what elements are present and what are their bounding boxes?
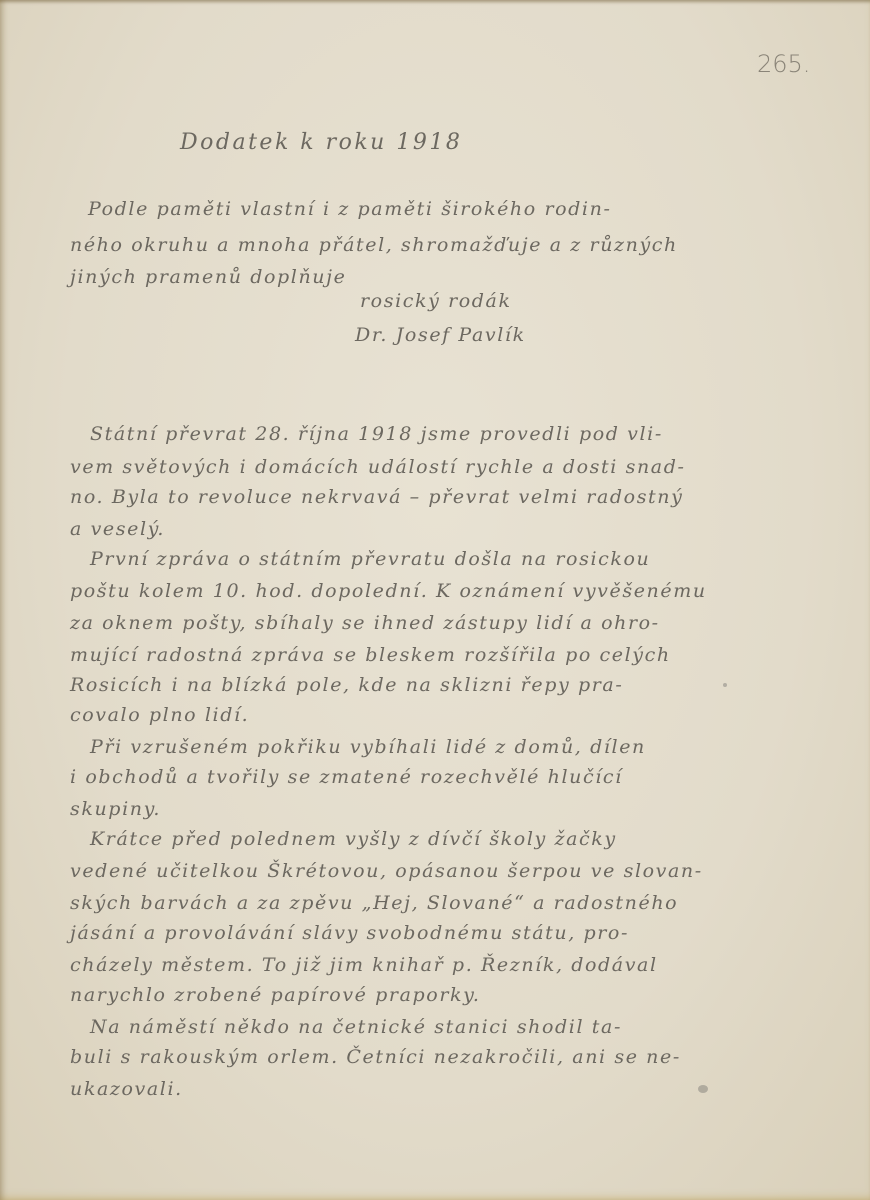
body-line: i obchodů a tvořily se zmatené rozechvěl… <box>70 768 623 787</box>
page-title: Dodatek k roku 1918 <box>180 132 462 154</box>
body-line: skupiny. <box>70 800 161 819</box>
page-number: 265. <box>757 52 810 76</box>
body-line: Státní převrat 28. října 1918 jsme prove… <box>90 425 663 444</box>
body-line: covalo plno lidí. <box>70 706 249 725</box>
body-line: poštu kolem 10. hod. dopolední. K oznáme… <box>70 582 707 601</box>
body-line: ských barvách a za zpěvu „Hej, Slované“ … <box>70 894 678 913</box>
ink-smudge <box>698 1085 708 1093</box>
body-line: Při vzrušeném pokřiku vybíhali lidé z do… <box>90 738 646 757</box>
signature-line: Dr. Josef Pavlík <box>355 326 526 345</box>
body-line: mující radostná zpráva se bleskem rozšíř… <box>70 646 671 665</box>
body-line: jásání a provolávání slávy svobodnému st… <box>70 924 629 943</box>
body-line: ukazovali. <box>70 1080 183 1099</box>
body-line: Krátce před polednem vyšly z dívčí školy… <box>90 830 617 849</box>
body-line: vem světových i domácích událostí rychle… <box>70 458 686 477</box>
body-line: narychlo zrobené papírové praporky. <box>70 986 481 1005</box>
signature-line: rosický rodák <box>360 292 512 311</box>
body-line: Rosicích i na blízká pole, kde na sklizn… <box>70 676 623 695</box>
body-line: vedené učitelkou Škrétovou, opásanou šer… <box>70 862 703 881</box>
body-line: a veselý. <box>70 520 165 539</box>
intro-line: ného okruhu a mnoha přátel, shromažďuje … <box>70 236 678 255</box>
body-line: První zpráva o státním převratu došla na… <box>90 550 650 569</box>
manuscript-page: 265. Dodatek k roku 1918 Podle paměti vl… <box>0 0 870 1200</box>
intro-line: jiných pramenů doplňuje <box>70 268 346 287</box>
body-line: cházely městem. To již jim knihař p. Řez… <box>70 956 658 975</box>
body-line: Na náměstí někdo na četnické stanici sho… <box>90 1018 622 1037</box>
intro-line: Podle paměti vlastní i z paměti širokého… <box>88 200 611 219</box>
ink-smudge <box>723 683 727 687</box>
body-line: buli s rakouským orlem. Četníci nezakroč… <box>70 1048 681 1067</box>
body-line: no. Byla to revoluce nekrvavá – převrat … <box>70 488 683 507</box>
body-line: za oknem pošty, sbíhaly se ihned zástupy… <box>70 614 660 633</box>
